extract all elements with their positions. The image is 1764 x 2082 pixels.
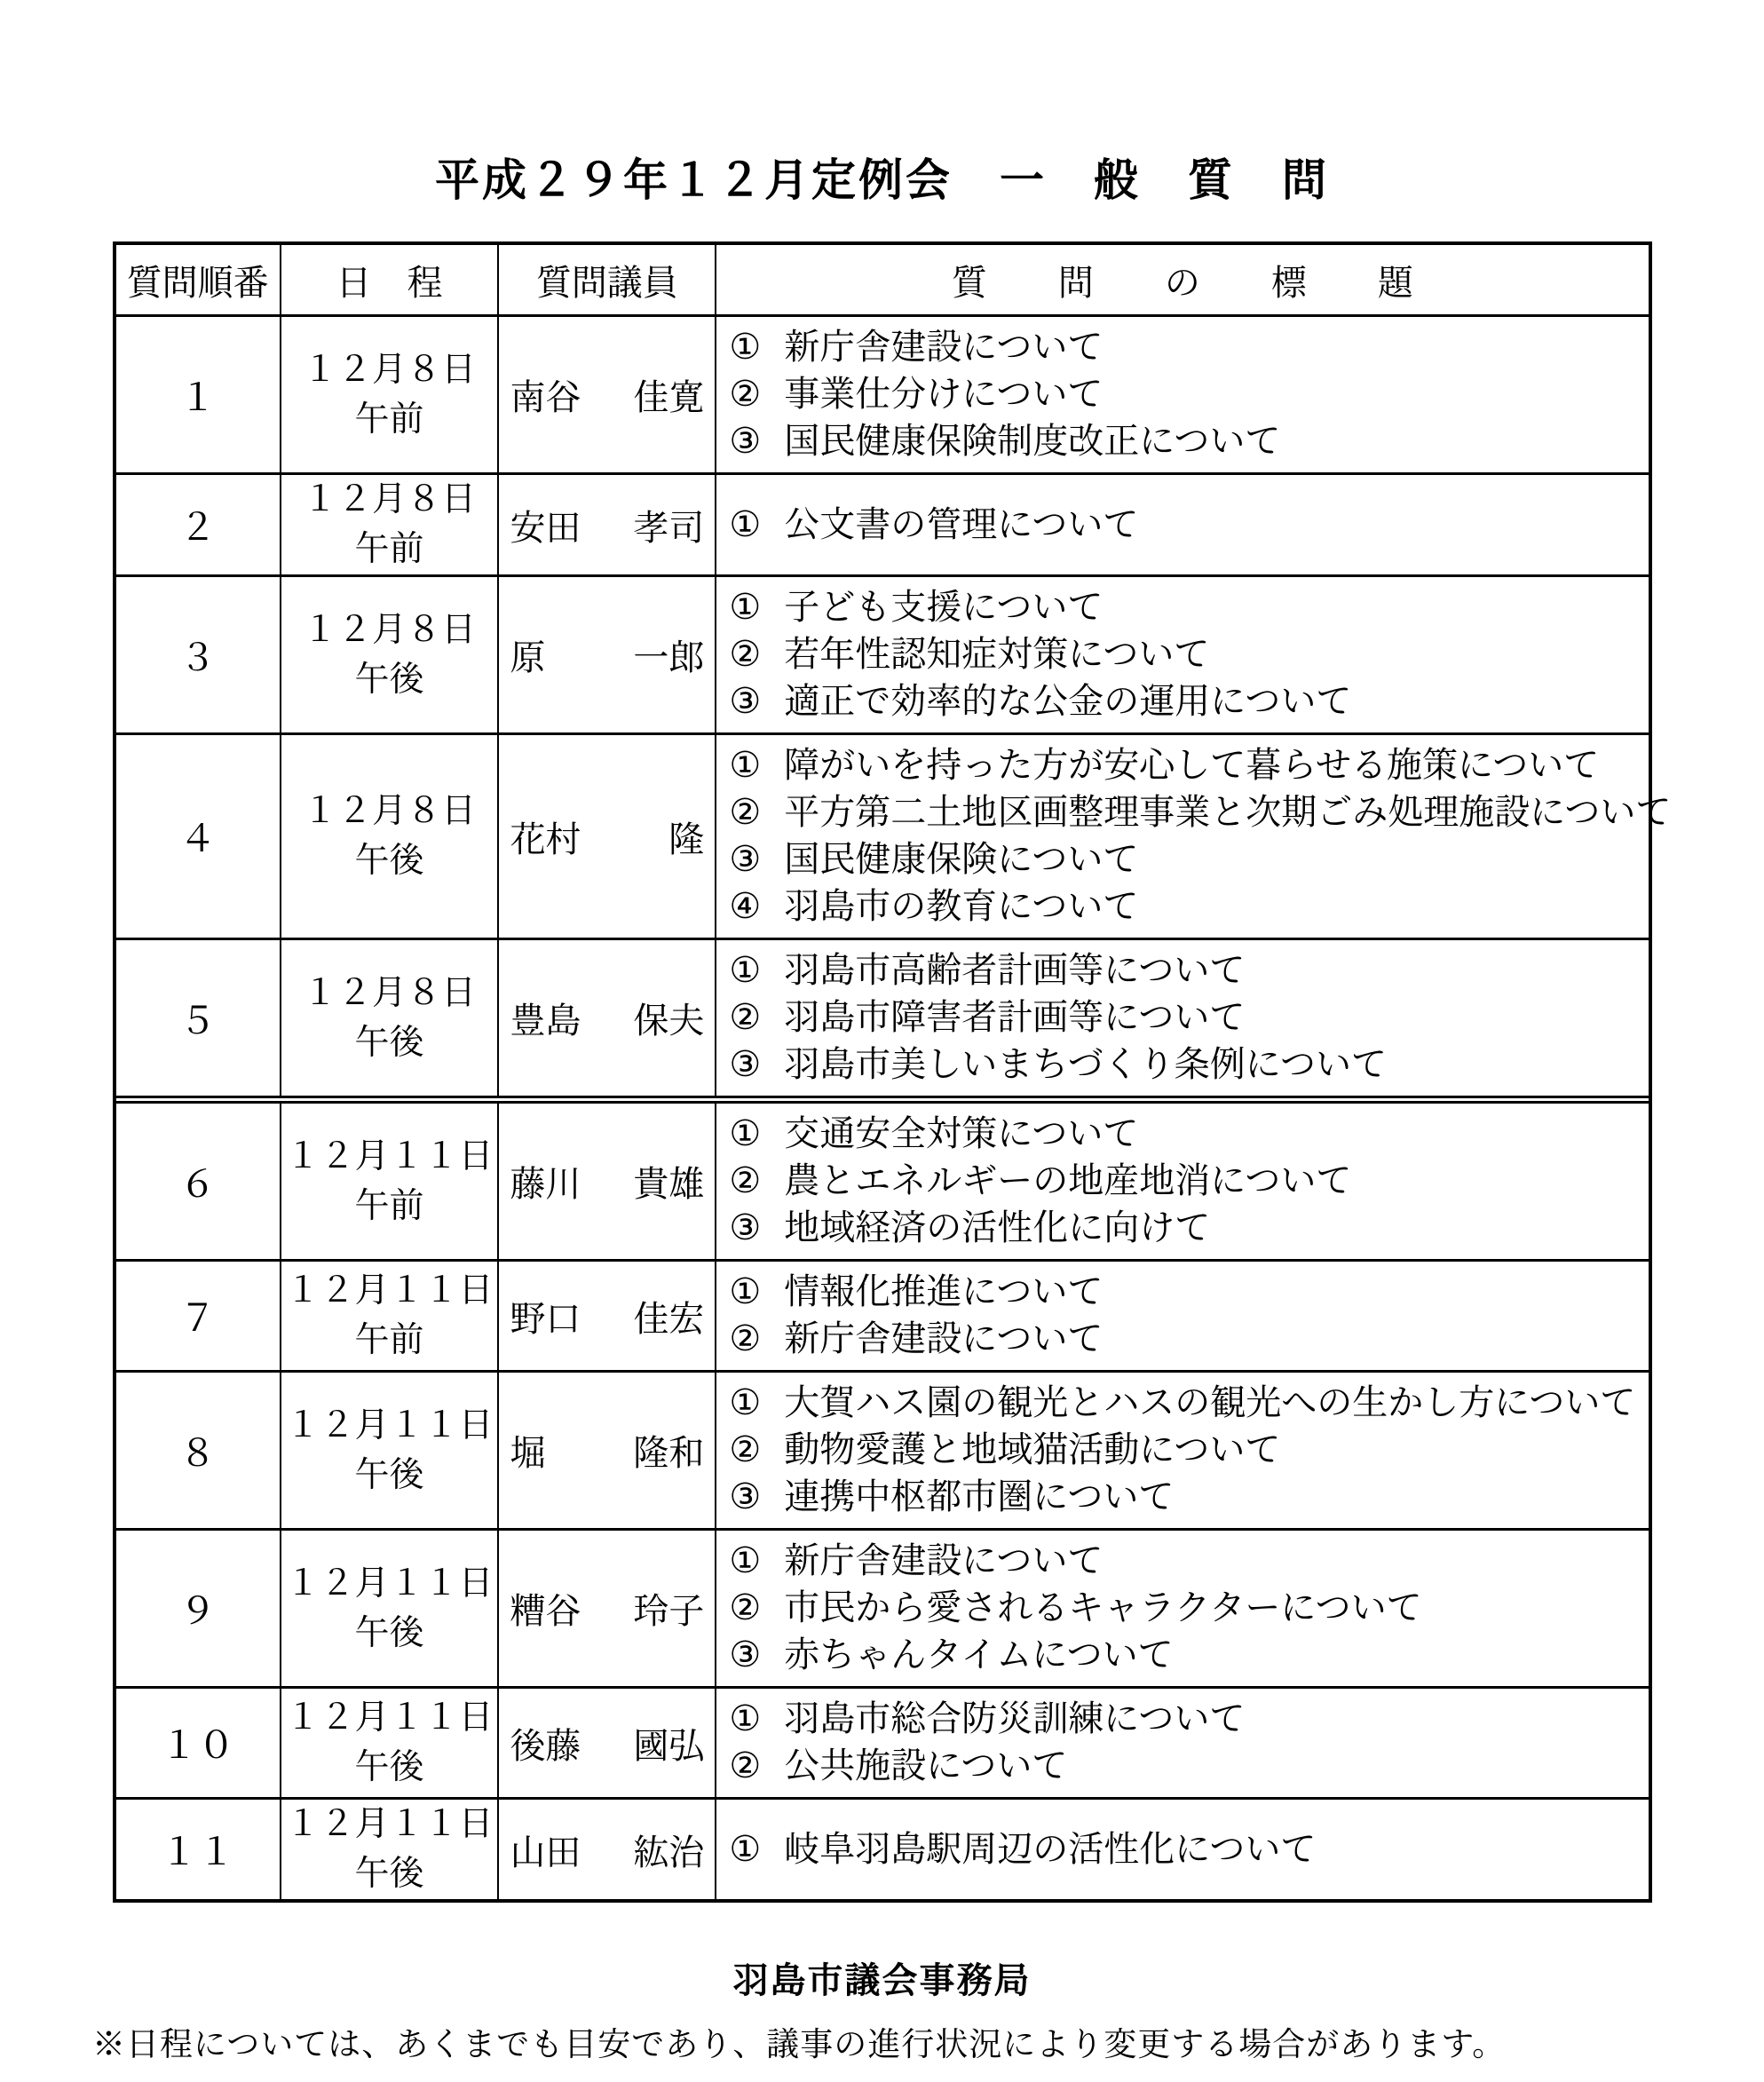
member-given-name: 佳宏 — [633, 1291, 704, 1342]
question-order-number: ２ — [116, 475, 280, 574]
question-topics-cell: ①岐阜羽島駅周辺の活性化について — [715, 1800, 1648, 1899]
topic-line: ③地域経済の活性化に向けて — [724, 1205, 1639, 1252]
topic-line: ①子ども支援について — [724, 584, 1639, 631]
schedule-date: １２月８日 — [303, 787, 476, 836]
table-row: ８ １２月１１日 午後 堀 隆和 ①大賀ハス園の観光とハスの観光への生かし方につ… — [116, 1370, 1649, 1528]
question-order-number: ８ — [116, 1373, 280, 1528]
schedule-disclaimer-note: ※日程については、あくまでも目安であり、議事の進行状況により変更する場合がありま… — [92, 2017, 1764, 2065]
topic-text: 公文書の管理について — [784, 502, 1138, 549]
circled-number-icon: ① — [724, 502, 761, 549]
topic-line: ①新庁舎建設について — [724, 324, 1639, 371]
member-family-name: 安田 — [510, 500, 581, 550]
topic-text: 羽島市の教育について — [784, 883, 1138, 930]
schedule-cell: １２月１１日 午後 — [280, 1373, 498, 1528]
question-order-number: １１ — [116, 1800, 280, 1899]
topic-text: 岐阜羽島駅周辺の活性化について — [784, 1826, 1316, 1873]
member-name: 後藤 國弘 — [510, 1718, 704, 1769]
schedule-cell: １２月８日 午前 — [280, 317, 498, 472]
page-title: 平成２９年１２月定例会 一 般 質 問 — [0, 0, 1764, 204]
schedule-cell: １２月８日 午後 — [280, 577, 498, 732]
member-name: 野口 佳宏 — [510, 1291, 704, 1342]
topic-text: 平方第二土地区画整理事業と次期ごみ処理施設について — [784, 789, 1671, 836]
member-name: 南谷 佳寛 — [510, 369, 704, 420]
schedule-cell: １２月１１日 午後 — [280, 1531, 498, 1686]
member-cell: 花村 隆 — [497, 735, 715, 938]
circled-number-icon: ③ — [724, 418, 761, 465]
topic-line: ①情報化推進について — [724, 1269, 1639, 1316]
question-topics-cell: ①情報化推進について②新庁舎建設について — [715, 1262, 1648, 1370]
member-cell: 糟谷 玲子 — [497, 1531, 715, 1686]
circled-number-icon: ② — [724, 1158, 761, 1205]
schedule-session: 午後 — [355, 1018, 424, 1068]
table-row: １ １２月８日 午前 南谷 佳寛 ①新庁舎建設について②事業仕分けについて③国民… — [116, 314, 1649, 472]
topic-text: 若年性認知症対策について — [784, 631, 1209, 678]
table-row: ３ １２月８日 午後 原 一郎 ①子ども支援について②若年性認知症対策について③… — [116, 574, 1649, 732]
schedule-date: １２月１１日 — [286, 1266, 494, 1316]
table-row: ６ １２月１１日 午前 藤川 貴雄 ①交通安全対策について②農とエネルギーの地産… — [116, 1096, 1649, 1259]
topic-text: 連携中枢都市圏について — [784, 1474, 1174, 1521]
topic-text: 農とエネルギーの地産地消について — [784, 1158, 1351, 1205]
member-name: 藤川 貴雄 — [510, 1156, 704, 1207]
circled-number-icon: ② — [724, 371, 761, 418]
topic-line: ③赤ちゃんタイムについて — [724, 1632, 1639, 1679]
schedule-session: 午前 — [355, 1182, 424, 1231]
table-row: １０ １２月１１日 午後 後藤 國弘 ①羽島市総合防災訓練について②公共施設につ… — [116, 1686, 1649, 1797]
circled-number-icon: ① — [724, 1696, 761, 1743]
circled-number-icon: ② — [724, 1316, 761, 1363]
schedule-date: １２月１１日 — [286, 1559, 494, 1609]
topic-text: 交通安全対策について — [784, 1111, 1138, 1158]
member-given-name: 保夫 — [633, 993, 704, 1043]
schedule-session: 午後 — [355, 1743, 424, 1793]
member-family-name: 花村 — [510, 811, 581, 862]
question-order-number: ４ — [116, 735, 280, 938]
circled-number-icon: ② — [724, 994, 761, 1041]
topic-text: 障がいを持った方が安心して暮らせる施策について — [784, 742, 1599, 789]
circled-number-icon: ② — [724, 1585, 761, 1632]
topic-line: ②市民から愛されるキャラクターについて — [724, 1585, 1639, 1632]
question-order-number: ９ — [116, 1531, 280, 1686]
topic-line: ④羽島市の教育について — [724, 883, 1639, 930]
member-given-name: 貴雄 — [633, 1156, 704, 1207]
member-name: 糟谷 玲子 — [510, 1583, 704, 1634]
circled-number-icon: ③ — [724, 836, 761, 883]
schedule-date: １２月８日 — [303, 606, 476, 655]
member-cell: 豊島 保夫 — [497, 940, 715, 1096]
circled-number-icon: ① — [724, 742, 761, 789]
member-name: 豊島 保夫 — [510, 993, 704, 1043]
member-name: 花村 隆 — [510, 811, 704, 862]
document-page: 平成２９年１２月定例会 一 般 質 問 質問順番 日 程 質問議員 質 問 の … — [0, 0, 1764, 2082]
question-topics-cell: ①新庁舎建設について②事業仕分けについて③国民健康保険制度改正について — [715, 317, 1648, 472]
member-given-name: 玲子 — [633, 1583, 704, 1634]
topic-line: ①羽島市総合防災訓練について — [724, 1696, 1639, 1743]
circled-number-icon: ① — [724, 584, 761, 631]
topic-text: 羽島市障害者計画等について — [784, 994, 1245, 1041]
member-family-name: 原 — [510, 629, 545, 680]
circled-number-icon: ③ — [724, 1474, 761, 1521]
topic-line: ②公共施設について — [724, 1743, 1639, 1790]
circled-number-icon: ③ — [724, 1041, 761, 1088]
member-given-name: 佳寛 — [633, 369, 704, 420]
question-order-number: ７ — [116, 1262, 280, 1370]
table-body: １ １２月８日 午前 南谷 佳寛 ①新庁舎建設について②事業仕分けについて③国民… — [116, 314, 1649, 1899]
topic-line: ②事業仕分けについて — [724, 371, 1639, 418]
circled-number-icon: ② — [724, 789, 761, 836]
member-name: 原 一郎 — [510, 629, 704, 680]
topic-line: ①羽島市高齢者計画等について — [724, 947, 1639, 994]
schedule-cell: １２月１１日 午前 — [280, 1262, 498, 1370]
topic-line: ②動物愛護と地域猫活動について — [724, 1427, 1639, 1474]
topic-line: ①大賀ハス園の観光とハスの観光への生かし方について — [724, 1380, 1639, 1427]
schedule-cell: １２月８日 午後 — [280, 735, 498, 938]
topic-line: ③羽島市美しいまちづくり条例について — [724, 1041, 1639, 1088]
schedule-date: １２月１１日 — [286, 1132, 494, 1182]
question-topics-cell: ①公文書の管理について — [715, 475, 1648, 574]
schedule-date: １２月１１日 — [286, 1693, 494, 1743]
circled-number-icon: ③ — [724, 678, 761, 725]
table-row: ９ １２月１１日 午後 糟谷 玲子 ①新庁舎建設について②市民から愛されるキャラ… — [116, 1528, 1649, 1686]
topic-line: ②新庁舎建設について — [724, 1316, 1639, 1363]
circled-number-icon: ② — [724, 1427, 761, 1474]
member-cell: 野口 佳宏 — [497, 1262, 715, 1370]
topic-text: 公共施設について — [784, 1743, 1067, 1790]
member-given-name: 紘治 — [633, 1825, 704, 1875]
table-header-row: 質問順番 日 程 質問議員 質 問 の 標 題 — [116, 245, 1649, 314]
schedule-session: 午後 — [355, 1609, 424, 1658]
topic-line: ①岐阜羽島駅周辺の活性化について — [724, 1826, 1639, 1873]
member-family-name: 藤川 — [510, 1156, 581, 1207]
question-order-number: ６ — [116, 1104, 280, 1259]
topic-line: ②若年性認知症対策について — [724, 631, 1639, 678]
circled-number-icon: ④ — [724, 883, 761, 930]
question-topics-cell: ①羽島市高齢者計画等について②羽島市障害者計画等について③羽島市美しいまちづくり… — [715, 940, 1648, 1096]
question-topics-cell: ①障がいを持った方が安心して暮らせる施策について②平方第二土地区画整理事業と次期… — [715, 735, 1648, 938]
circled-number-icon: ① — [724, 1538, 761, 1585]
topic-text: 新庁舎建設について — [784, 1316, 1103, 1363]
circled-number-icon: ① — [724, 1826, 761, 1873]
circled-number-icon: ① — [724, 1111, 761, 1158]
topic-text: 新庁舎建設について — [784, 1538, 1103, 1585]
member-cell: 安田 孝司 — [497, 475, 715, 574]
topic-line: ③連携中枢都市圏について — [724, 1474, 1639, 1521]
topic-text: 国民健康保険制度改正について — [784, 418, 1280, 465]
schedule-cell: １２月１１日 午後 — [280, 1689, 498, 1797]
topic-text: 市民から愛されるキャラクターについて — [784, 1585, 1421, 1632]
question-topics-cell: ①交通安全対策について②農とエネルギーの地産地消について③地域経済の活性化に向け… — [715, 1104, 1648, 1259]
schedule-session: 午後 — [355, 1451, 424, 1500]
table-row: ４ １２月８日 午後 花村 隆 ①障がいを持った方が安心して暮らせる施策について… — [116, 732, 1649, 938]
topic-text: 羽島市美しいまちづくり条例について — [784, 1041, 1387, 1088]
question-order-number: １０ — [116, 1689, 280, 1797]
member-name: 安田 孝司 — [510, 500, 704, 550]
member-given-name: 隆和 — [633, 1425, 704, 1476]
circled-number-icon: ③ — [724, 1205, 761, 1252]
schedule-session: 午後 — [355, 655, 424, 705]
topic-line: ③国民健康保険について — [724, 836, 1639, 883]
question-topics-cell: ①羽島市総合防災訓練について②公共施設について — [715, 1689, 1648, 1797]
secretariat-name: 羽島市議会事務局 — [0, 1952, 1764, 2003]
member-family-name: 山田 — [510, 1825, 581, 1875]
topic-text: 動物愛護と地域猫活動について — [784, 1427, 1280, 1474]
member-cell: 後藤 國弘 — [497, 1689, 715, 1797]
header-member: 質問議員 — [497, 245, 715, 314]
member-given-name: 一郎 — [633, 629, 704, 680]
member-cell: 南谷 佳寛 — [497, 317, 715, 472]
header-schedule: 日 程 — [280, 245, 498, 314]
topic-line: ①障がいを持った方が安心して暮らせる施策について — [724, 742, 1639, 789]
topic-line: ①新庁舎建設について — [724, 1538, 1639, 1585]
schedule-session: 午前 — [355, 395, 424, 445]
question-table: 質問順番 日 程 質問議員 質 問 の 標 題 １ １２月８日 午前 南谷 佳寛… — [113, 241, 1652, 1903]
schedule-date: １２月１１日 — [286, 1800, 494, 1849]
topic-text: 適正で効率的な公金の運用について — [784, 678, 1351, 725]
schedule-cell: １２月８日 午後 — [280, 940, 498, 1096]
topic-line: ①交通安全対策について — [724, 1111, 1639, 1158]
schedule-session: 午後 — [355, 1849, 424, 1899]
member-given-name: 國弘 — [633, 1718, 704, 1769]
member-family-name: 野口 — [510, 1291, 581, 1342]
schedule-date: １２月８日 — [303, 969, 476, 1018]
circled-number-icon: ① — [724, 1380, 761, 1427]
member-given-name: 孝司 — [633, 500, 704, 550]
member-family-name: 糟谷 — [510, 1583, 581, 1634]
member-cell: 藤川 貴雄 — [497, 1104, 715, 1259]
topic-text: 大賀ハス園の観光とハスの観光への生かし方について — [784, 1380, 1635, 1427]
schedule-cell: １２月８日 午前 — [280, 475, 498, 574]
header-question-title: 質 問 の 標 題 — [715, 245, 1648, 314]
topic-line: ③国民健康保険制度改正について — [724, 418, 1639, 465]
member-family-name: 後藤 — [510, 1718, 581, 1769]
topic-line: ③適正で効率的な公金の運用について — [724, 678, 1639, 725]
question-topics-cell: ①子ども支援について②若年性認知症対策について③適正で効率的な公金の運用について — [715, 577, 1648, 732]
topic-text: 国民健康保険について — [784, 836, 1138, 883]
question-order-number: １ — [116, 317, 280, 472]
circled-number-icon: ① — [724, 1269, 761, 1316]
question-topics-cell: ①新庁舎建設について②市民から愛されるキャラクターについて③赤ちゃんタイムについ… — [715, 1531, 1648, 1686]
topic-text: 情報化推進について — [784, 1269, 1103, 1316]
schedule-session: 午前 — [355, 1316, 424, 1366]
circled-number-icon: ① — [724, 947, 761, 994]
topic-text: 赤ちゃんタイムについて — [784, 1632, 1173, 1679]
schedule-date: １２月８日 — [303, 345, 476, 395]
topic-text: 羽島市高齢者計画等について — [784, 947, 1245, 994]
table-row: ７ １２月１１日 午前 野口 佳宏 ①情報化推進について②新庁舎建設について — [116, 1259, 1649, 1370]
topic-text: 地域経済の活性化に向けて — [784, 1205, 1210, 1252]
topic-line: ②平方第二土地区画整理事業と次期ごみ処理施設について — [724, 789, 1639, 836]
circled-number-icon: ① — [724, 324, 761, 371]
topic-line: ①公文書の管理について — [724, 502, 1639, 549]
member-name: 山田 紘治 — [510, 1825, 704, 1875]
member-cell: 堀 隆和 — [497, 1373, 715, 1528]
topic-text: 羽島市総合防災訓練について — [784, 1696, 1245, 1743]
question-order-number: ５ — [116, 940, 280, 1096]
topic-text: 新庁舎建設について — [784, 324, 1103, 371]
topic-line: ②羽島市障害者計画等について — [724, 994, 1639, 1041]
schedule-cell: １２月１１日 午後 — [280, 1800, 498, 1899]
schedule-session: 午前 — [355, 525, 424, 574]
table-row: ２ １２月８日 午前 安田 孝司 ①公文書の管理について — [116, 472, 1649, 574]
member-cell: 山田 紘治 — [497, 1800, 715, 1899]
header-question-order: 質問順番 — [116, 245, 280, 314]
member-name: 堀 隆和 — [510, 1425, 704, 1476]
table-row: １１ １２月１１日 午後 山田 紘治 ①岐阜羽島駅周辺の活性化について — [116, 1797, 1649, 1899]
member-family-name: 堀 — [510, 1425, 545, 1476]
topic-line: ②農とエネルギーの地産地消について — [724, 1158, 1639, 1205]
circled-number-icon: ② — [724, 631, 761, 678]
member-family-name: 南谷 — [510, 369, 581, 420]
topic-text: 子ども支援について — [784, 584, 1103, 631]
circled-number-icon: ③ — [724, 1632, 761, 1679]
schedule-date: １２月８日 — [303, 475, 476, 525]
circled-number-icon: ② — [724, 1743, 761, 1790]
topic-text: 事業仕分けについて — [784, 371, 1103, 418]
schedule-session: 午後 — [355, 836, 424, 886]
member-cell: 原 一郎 — [497, 577, 715, 732]
member-given-name: 隆 — [668, 811, 704, 862]
member-family-name: 豊島 — [510, 993, 581, 1043]
schedule-date: １２月１１日 — [286, 1401, 494, 1451]
schedule-cell: １２月１１日 午前 — [280, 1104, 498, 1259]
question-order-number: ３ — [116, 577, 280, 732]
question-topics-cell: ①大賀ハス園の観光とハスの観光への生かし方について②動物愛護と地域猫活動について… — [715, 1373, 1648, 1528]
table-row: ５ １２月８日 午後 豊島 保夫 ①羽島市高齢者計画等について②羽島市障害者計画… — [116, 938, 1649, 1096]
